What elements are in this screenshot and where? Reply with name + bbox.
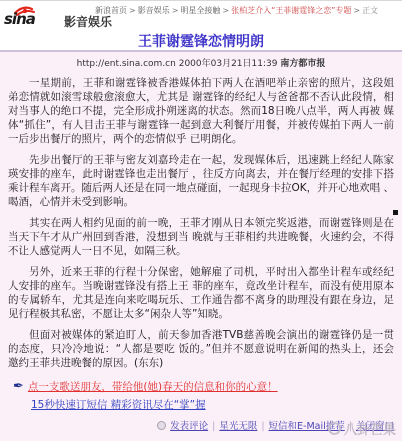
breadcrumb-item-stars[interactable]: 明星全接触 (180, 6, 220, 15)
source-publication: 南方都市报 (280, 59, 325, 69)
watermark-logo-icon (328, 422, 341, 435)
page-title: 王菲谢霆锋恋情明朗 (0, 31, 402, 51)
breadcrumb-item-home[interactable]: 新浪首页 (95, 6, 127, 15)
source-url: http://ent.sina.com.cn (77, 59, 176, 69)
breadcrumb-separator: > (129, 6, 136, 15)
breadcrumb-separator: > (172, 6, 179, 15)
footer-separator: | (212, 421, 215, 432)
article-paragraph: 一星期前，王菲和谢霆锋被香港媒体拍下两人在酒吧举止亲密的照片，这段姐弟恋情就如滚… (8, 76, 394, 146)
header: sina 影音娱乐 新浪首页>影音娱乐>明星全接触>张柏芝介入“王菲谢霆锋之恋”… (0, 1, 402, 50)
article-paragraph: 先步出餐厅的王菲与密友刘嘉玲走在一起，发现媒体后，迅速跳上经纪人陈家瑛安排的座车… (8, 153, 394, 209)
comment-icon[interactable] (157, 421, 166, 430)
send-song-link[interactable]: 点一支歌送朋友，带给他(她)春天的信息和你的心意！ (28, 381, 278, 393)
breadcrumb-item-topic[interactable]: 张柏芝介入“王菲谢霆锋之恋”专题 (231, 6, 351, 15)
article-paragraph: 其实在两人相约见面的前一晚，王菲才刚从日本领完奖返港，而谢霆锋则是在当天下午才从… (8, 216, 394, 258)
article-content: http://ent.sina.com.cn 2000年03月21日11:39 … (0, 52, 402, 432)
breadcrumb: 新浪首页>影音娱乐>明星全接触>张柏芝介入“王菲谢霆锋之恋”专题>正文 (95, 5, 378, 16)
breadcrumb-item-body[interactable]: 正文 (362, 6, 378, 15)
promo-sms-row: 15秒快速订短信 精彩资讯尽在“掌”握 (13, 395, 402, 413)
promo-song-row: ✒点一支歌送朋友，带给他(她)春天的信息和你的心意！ (13, 377, 402, 395)
sms-subscribe-link[interactable]: 15秒快速订短信 精彩资讯尽在“掌”握 (31, 399, 206, 411)
bullet-dot (393, 210, 398, 215)
source-line: http://ent.sina.com.cn 2000年03月21日11:39 … (0, 56, 402, 69)
breadcrumb-separator: > (353, 6, 360, 15)
breadcrumb-separator: > (222, 6, 229, 15)
post-comment-link[interactable]: 发表评论 (170, 421, 208, 432)
watermark-label: 八卦芒果 (344, 419, 396, 438)
article-paragraph: 另外，近来王菲的行程十分保密，她解雇了司机，平时出入都坐计程车或经纪人安排的座车… (8, 265, 394, 321)
sina-logo[interactable]: sina (4, 2, 62, 28)
starlight-link[interactable]: 星光无限 (219, 421, 257, 432)
promo-links: ✒点一支歌送朋友，带给他(她)春天的信息和你的心意！ 15秒快速订短信 精彩资讯… (0, 377, 402, 413)
footer-separator: | (261, 421, 264, 432)
source-datetime: 2000年03月21日11:39 (179, 59, 278, 69)
article-body: 一星期前，王菲和谢霆锋被香港媒体拍下两人在酒吧举止亲密的照片，这段姐弟恋情就如滚… (0, 76, 402, 370)
article-page: sina 影音娱乐 新浪首页>影音娱乐>明星全接触>张柏芝介入“王菲谢霆锋之恋”… (0, 0, 402, 441)
sina-logo-text: sina (4, 10, 35, 28)
pen-icon[interactable]: ✒ (13, 379, 24, 394)
watermark: 八卦芒果 (328, 419, 396, 438)
breadcrumb-item-channel[interactable]: 影音娱乐 (138, 6, 170, 15)
article-paragraph: 但面对被媒体的紧迫盯人，前天参加香港TVB慈善晚会演出的谢霆锋仍是一贯的态度，只… (8, 328, 394, 370)
